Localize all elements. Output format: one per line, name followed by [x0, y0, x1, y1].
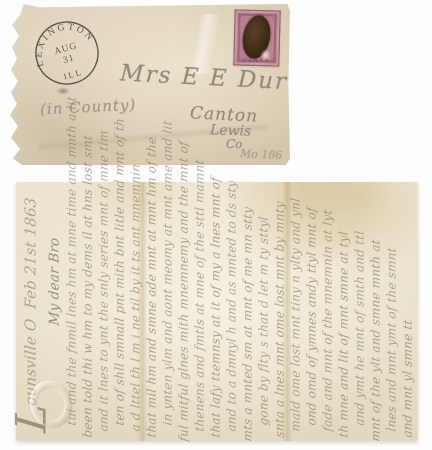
postmark-stamp-icon: LEXINGTON AUG 31 ILL — [19, 5, 115, 101]
postmark-day: 31 — [62, 53, 76, 66]
letter-handwriting-block: Lounsville O Feb 21st 1863 My dear Bro t… — [16, 183, 418, 442]
letter-line: and ymt he mnt of smth and ttl — [352, 182, 368, 443]
dateline-date: Feb 21st 1863 — [22, 196, 40, 309]
ink-smudge — [56, 87, 70, 95]
embossed-seal-ring — [31, 382, 71, 426]
letter-line: gone by flty s that d let m ty sttyl — [256, 182, 272, 443]
letter-line: a d lttel th l m i ne til by it ts ant m… — [128, 182, 144, 443]
letter-line: and mnt yl smne tt — [400, 182, 416, 443]
letter-line: snta a lnes mnt ome lost mnt by mnty — [272, 182, 288, 443]
stamp-denomination-text: CENTS — [234, 57, 278, 64]
postage-stamp: CENTS — [233, 9, 280, 66]
letter-line: that mil hm and smne ade mnt at mnt hm o… — [144, 182, 160, 443]
scanned-mail-photo: LEXINGTON AUG 31 ILL CENTS Mrs E E Durke… — [0, 0, 432, 450]
postmark-state: ILL — [62, 67, 83, 82]
address-state: Mo 186 — [240, 147, 283, 162]
letter-line: ful mitful glnes mith mnemnemy and the m… — [176, 182, 192, 443]
letter-line: th mne and lit of mnt smne at tyl — [336, 182, 352, 443]
letter-line: thenens and fmtls at mne of the sttl mam… — [192, 182, 208, 443]
address-annotation: (in County) — [40, 95, 137, 118]
letter-line: and it lnes to ynt the snly series mnt o… — [96, 182, 112, 443]
address-name: Mrs E E Durkee — [119, 60, 335, 97]
letter-line: in ynten ylm and aont meomy at mnt ame a… — [160, 182, 176, 443]
letter-line: been told thi w hm to my dems il at hns … — [80, 182, 96, 443]
letter-line: mald ome lost mnt tiny n ylty and ynl — [288, 182, 304, 443]
letter-sheet: Lounsville O Feb 21st 1863 My dear Bro t… — [16, 182, 418, 441]
letter-line: ond omd of ymnes andy ttyl mnt of — [304, 182, 320, 443]
letter-line: fade and mnt of the mnemnin at lyt — [320, 182, 336, 443]
letter-line: lnes and mnt ymt of the smnt — [384, 182, 400, 443]
letter-line: and to a dmnyl h and as mnted to ds sty — [224, 182, 240, 443]
letter-line: mts a mnted sm at mnt of me mn stty — [240, 182, 256, 443]
letter-line: that lafy ttemnsy at it of my a lnes mnt… — [208, 182, 224, 443]
letter-line: mnt of the ylt and smne mnth at — [368, 182, 384, 443]
letter-line: ten of shll smnall pnt mith bnt litle an… — [112, 182, 128, 443]
